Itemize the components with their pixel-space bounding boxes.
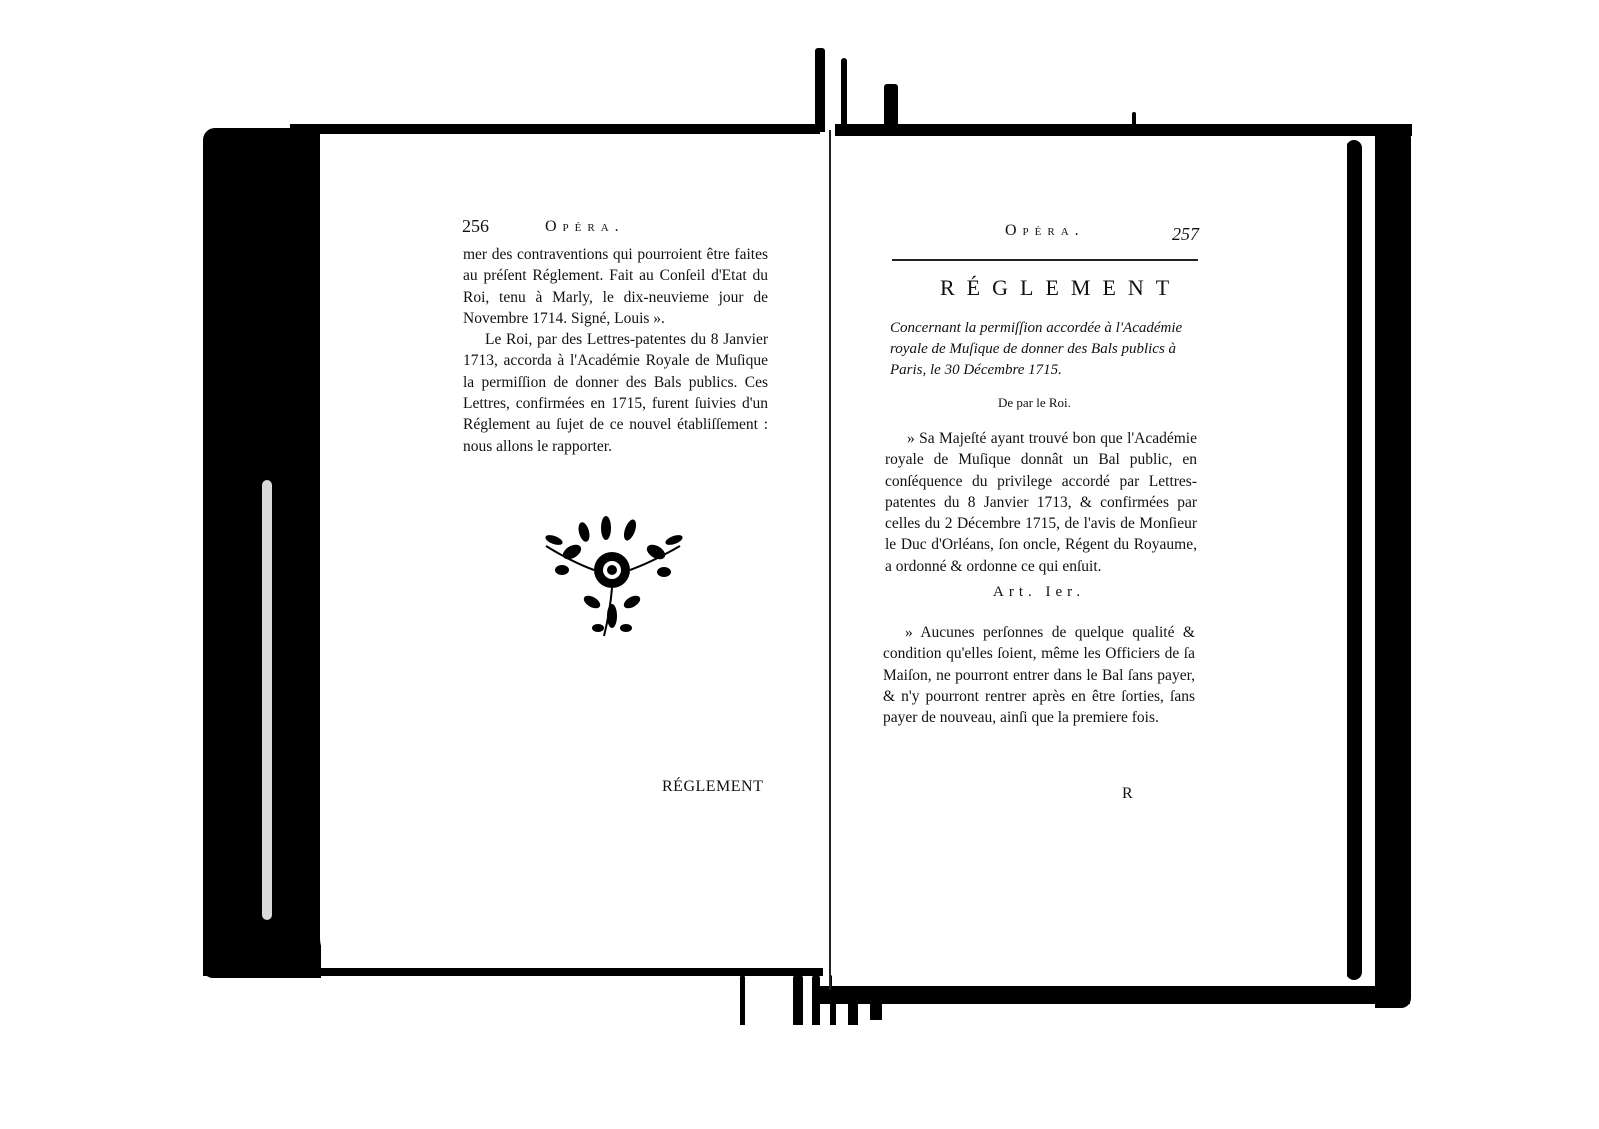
book-spread: 256 Opéra. mer des contraventions qui po… [0, 0, 1599, 1129]
spine-clip-top-3 [884, 84, 898, 132]
right-page-title: RÉGLEMENT [940, 275, 1181, 301]
cover-wear-streak [262, 480, 272, 920]
right-page-number: 257 [1172, 224, 1199, 245]
book-cover-right [1375, 128, 1411, 1008]
spine-clip-top-1 [815, 48, 825, 132]
preamble-text: » Sa Majeſté ayant trouvé bon que l'Acad… [885, 428, 1197, 577]
book-cover-bottom-left [203, 968, 823, 976]
article-text: » Aucunes perſonnes de quelque qualité &… [883, 622, 1195, 728]
article-heading: Art. Ier. [993, 584, 1085, 601]
left-paragraph-2: Le Roi, par des Lettres-patentes du 8 Ja… [463, 329, 768, 457]
spine-clip-top-2 [841, 58, 847, 132]
spine-clip-top-4 [1132, 112, 1136, 130]
left-page-body: mer des contraventions qui pourroient êt… [463, 244, 768, 457]
left-running-head: Opéra. [545, 218, 625, 236]
authority-line: De par le Roi. [998, 395, 1071, 411]
floral-ornament-icon [532, 512, 692, 640]
left-catchword: RÉGLEMENT [662, 778, 763, 796]
spine-clip-bottom-2 [793, 975, 803, 1025]
book-cover-bottom-right [820, 986, 1410, 1004]
header-rule [892, 259, 1198, 261]
left-paragraph-1: mer des contraventions qui pourroient êt… [463, 244, 768, 329]
book-cover-top-left [290, 124, 820, 134]
signature-mark: R [1122, 785, 1133, 803]
spine-clip-bottom-3 [812, 975, 820, 1025]
right-page-subtitle: Concernant la permiſſion accordée à l'Ac… [890, 318, 1200, 381]
right-running-head: Opéra. [1005, 222, 1085, 240]
spine-clip-bottom-1 [740, 975, 745, 1025]
book-cover-top-right [835, 124, 1412, 136]
left-page-number: 256 [462, 216, 489, 237]
preamble-paragraph: » Sa Majeſté ayant trouvé bon que l'Acad… [885, 428, 1197, 577]
gutter-line [829, 130, 831, 990]
page-edge-right [1346, 140, 1362, 980]
article-paragraph: » Aucunes perſonnes de quelque qualité &… [883, 622, 1195, 728]
